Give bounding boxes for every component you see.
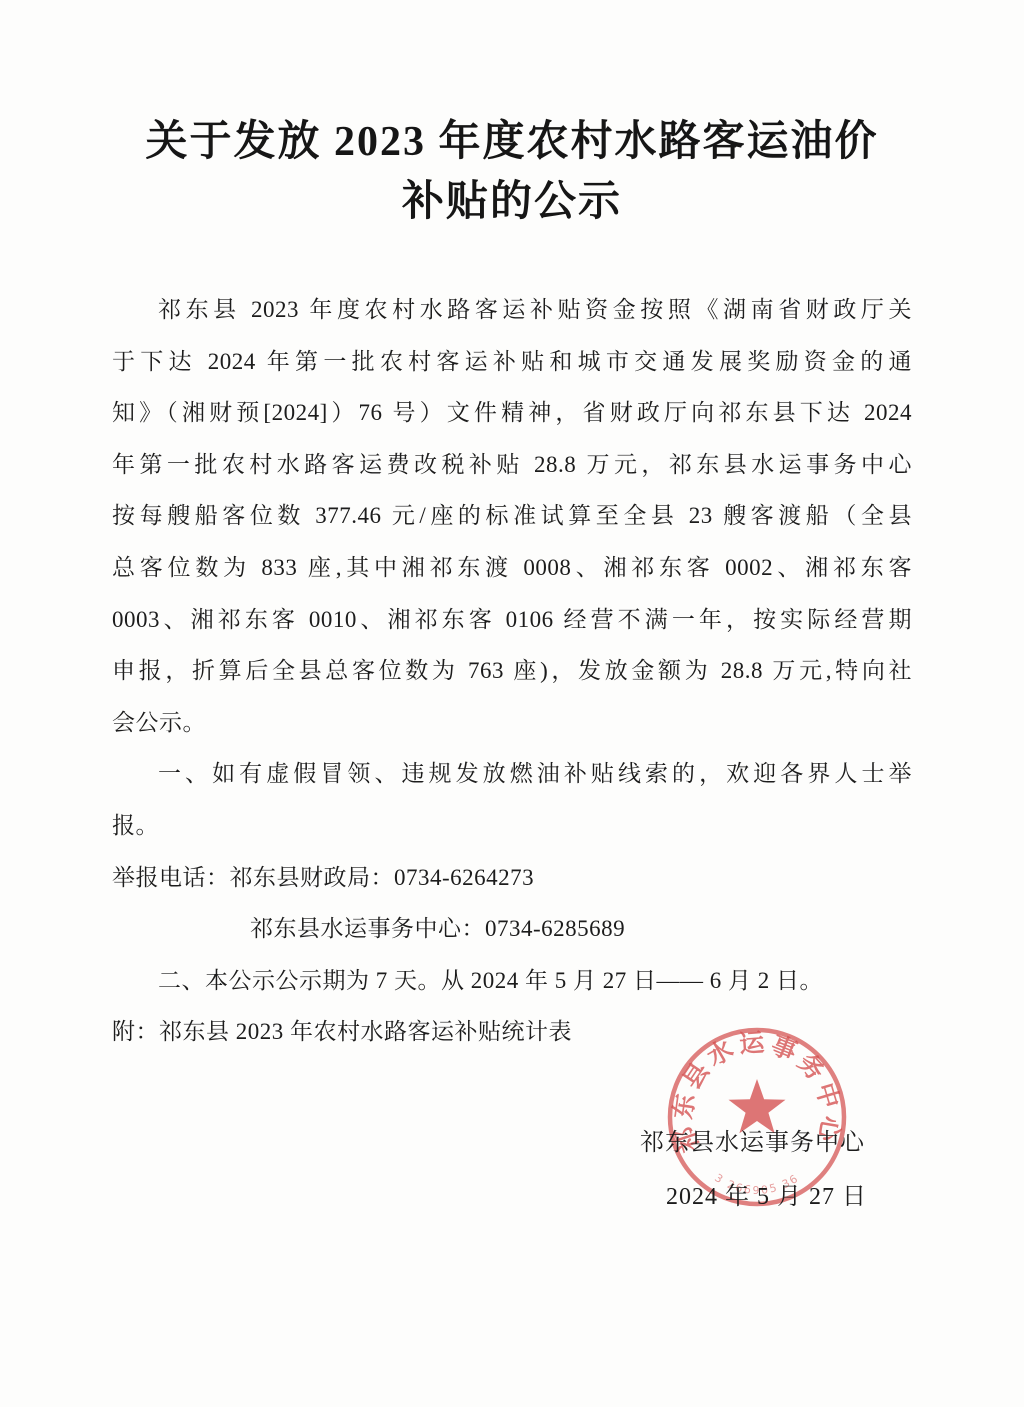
- body-line: 总客位数为 833 座,其中湘祁东渡 0008、湘祁东客 0002、湘祁东客: [112, 542, 912, 594]
- document-page: 关于发放 2023 年度农村水路客运油价 补贴的公示 祁东县 2023 年度农村…: [0, 0, 1024, 1407]
- body-line: 于下达 2024 年第一批农村客运补贴和城市交通发展奖励资金的通: [112, 336, 912, 388]
- body-line: 知》（湘财预[2024]）76 号）文件精神，省财政厅向祁东县下达 2024: [112, 387, 912, 439]
- body-line: 会公示。: [112, 697, 912, 749]
- notice-period-line: 二、本公示公示期为 7 天。从 2024 年 5 月 27 日—— 6 月 2 …: [112, 955, 912, 1007]
- body-line: 年第一批农村水路客运费改税补贴 28.8 万元，祁东县水运事务中心: [112, 439, 912, 491]
- signature-org: 祁东县水运事务中心: [640, 1122, 870, 1157]
- title-line-2: 补贴的公示: [0, 172, 1024, 232]
- body-line: 祁东县 2023 年度农村水路客运补贴资金按照《湖南省财政厅关: [112, 284, 912, 336]
- title-line-1: 关于发放 2023 年度农村水路客运油价: [0, 112, 1024, 172]
- body-line: 一、如有虚假冒领、违规发放燃油补贴线索的，欢迎各界人士举: [112, 748, 912, 800]
- body-line: 按每艘船客位数 377.46 元/座的标准试算至全县 23 艘客渡船（全县: [112, 490, 912, 542]
- body-line: 申报，折算后全县总客位数为 763 座)，发放金额为 28.8 万元,特向社: [112, 645, 912, 697]
- document-body: 祁东县 2023 年度农村水路客运补贴资金按照《湖南省财政厅关 于下达 2024…: [112, 284, 912, 1058]
- report-phone-finance: 举报电话：祁东县财政局：0734-6264273: [112, 852, 912, 904]
- body-line: 报。: [112, 800, 912, 852]
- body-line: 0003、湘祁东客 0010、湘祁东客 0106 经营不满一年，按实际经营期: [112, 594, 912, 646]
- document-title: 关于发放 2023 年度农村水路客运油价 补贴的公示: [0, 112, 1024, 232]
- report-phone-waterway: 祁东县水运事务中心：0734-6285689: [112, 903, 912, 955]
- attachment-line: 附：祁东县 2023 年农村水路客运补贴统计表: [112, 1006, 912, 1058]
- signature-date: 2024 年 5 月 27 日: [666, 1176, 876, 1211]
